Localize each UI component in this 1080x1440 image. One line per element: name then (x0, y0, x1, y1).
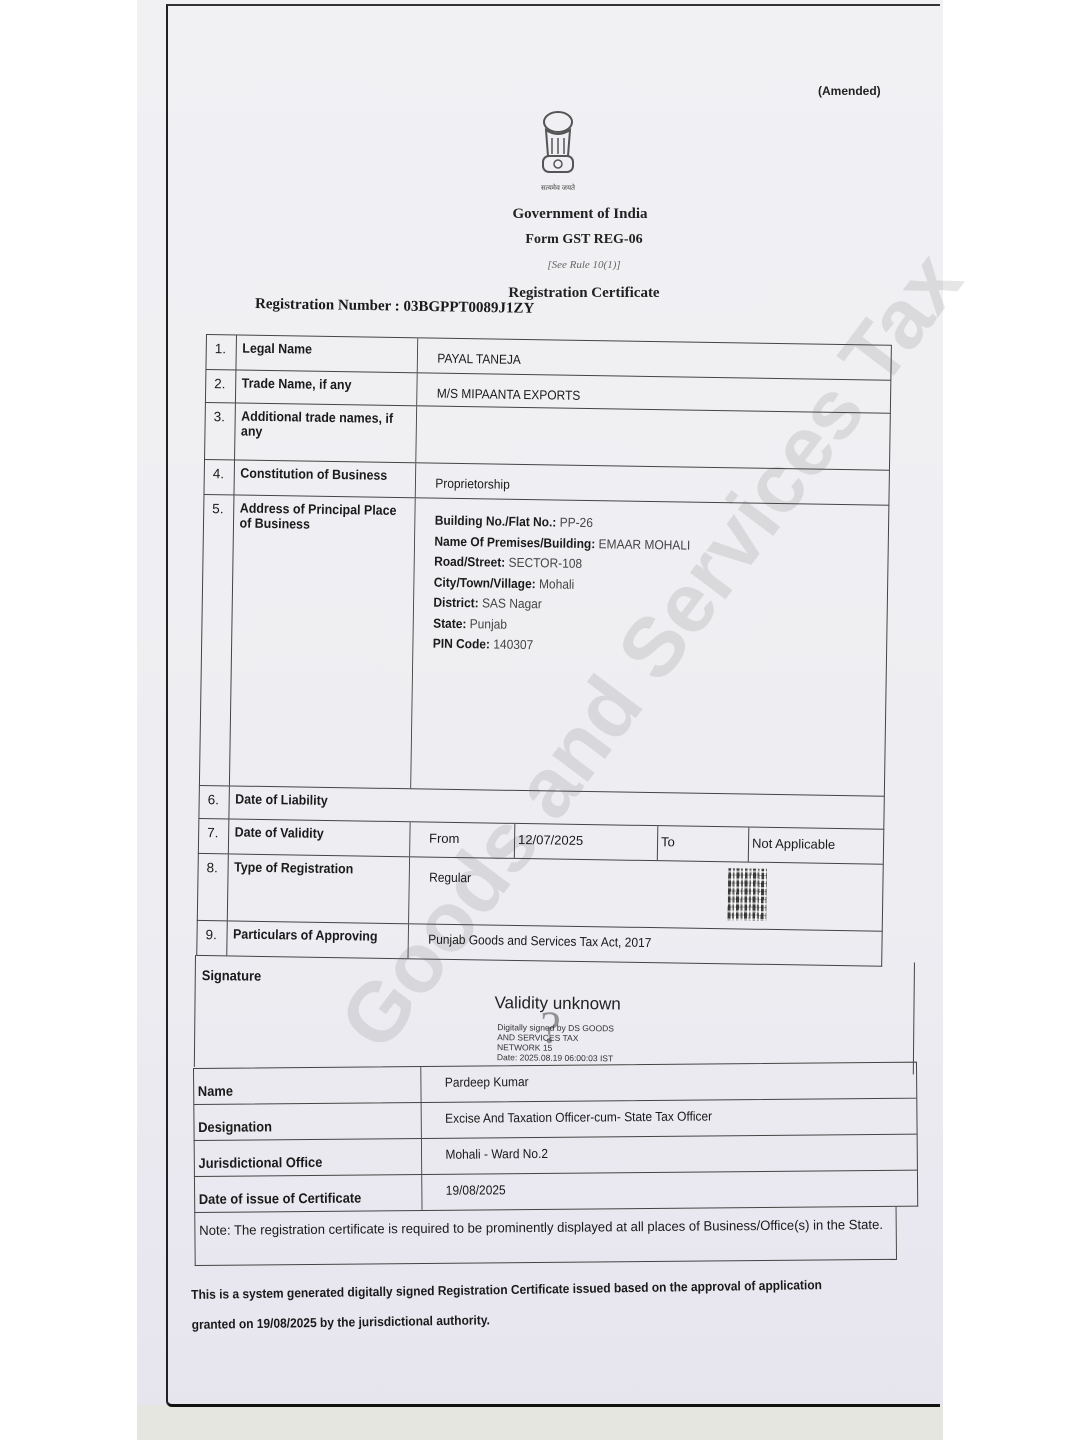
qr-code (728, 868, 767, 921)
constitution-value: Proprietorship (431, 464, 852, 505)
issue-date-value: 19/08/2025 (442, 1171, 879, 1210)
legal-name-value: PAYAL TANEJA (433, 339, 854, 380)
additional-trade-names-value (432, 407, 853, 470)
jurisdictional-office-value: Mohali - Ward No.2 (442, 1135, 879, 1174)
date-of-validity: From 12/07/2025 To Not Applicable (426, 823, 883, 864)
svg-text:सत्यमेव जयते: सत्यमेव जयते (541, 183, 576, 192)
table-row: 8. Type of Registration Regular (197, 854, 884, 932)
officer-details-table: Name Pardeep Kumar Designation Excise An… (193, 1062, 919, 1266)
validity-to-date: Not Applicable (749, 828, 884, 864)
registration-details-table: 1. Legal Name PAYAL TANEJA 2. Trade Name… (196, 334, 892, 967)
government-heading: Government of India (40, 206, 1080, 223)
national-emblem-icon: सत्यमेव जयते (528, 108, 588, 198)
registration-type-value: Regular (425, 858, 846, 931)
display-note: Note: The registration certificate is re… (194, 1207, 897, 1266)
trade-name-value: M/S MIPAANTA EXPORTS (433, 374, 854, 413)
form-heading: Form GST REG-06 (44, 232, 1080, 248)
signature-block: Signature Validity unknown ? Digitally s… (194, 955, 915, 1075)
amended-label: (Amended) (818, 84, 881, 98)
table-row: Name Pardeep Kumar (193, 1062, 917, 1105)
table-row: 3. Additional trade names, if any (204, 403, 891, 471)
designation-value: Excise And Taxation Officer-cum- State T… (441, 1099, 878, 1138)
system-generated-footer: This is a system generated digitally sig… (191, 1270, 854, 1340)
paper-background (137, 1405, 943, 1440)
table-row: 5. Address of Principal Place of Busines… (199, 495, 889, 797)
validity-from-date: 12/07/2025 (515, 824, 659, 860)
certificate-title: Registration Certificate (44, 285, 1080, 302)
digital-signature-details: Digitally signed by DS GOODS AND SERVICE… (497, 1022, 614, 1063)
rule-reference: [See Rule 10(1)] (44, 259, 1080, 271)
address-value: Building No./Flat No.: PP-26 Name Of Pre… (427, 499, 852, 796)
officer-name-value: Pardeep Kumar (441, 1063, 878, 1102)
